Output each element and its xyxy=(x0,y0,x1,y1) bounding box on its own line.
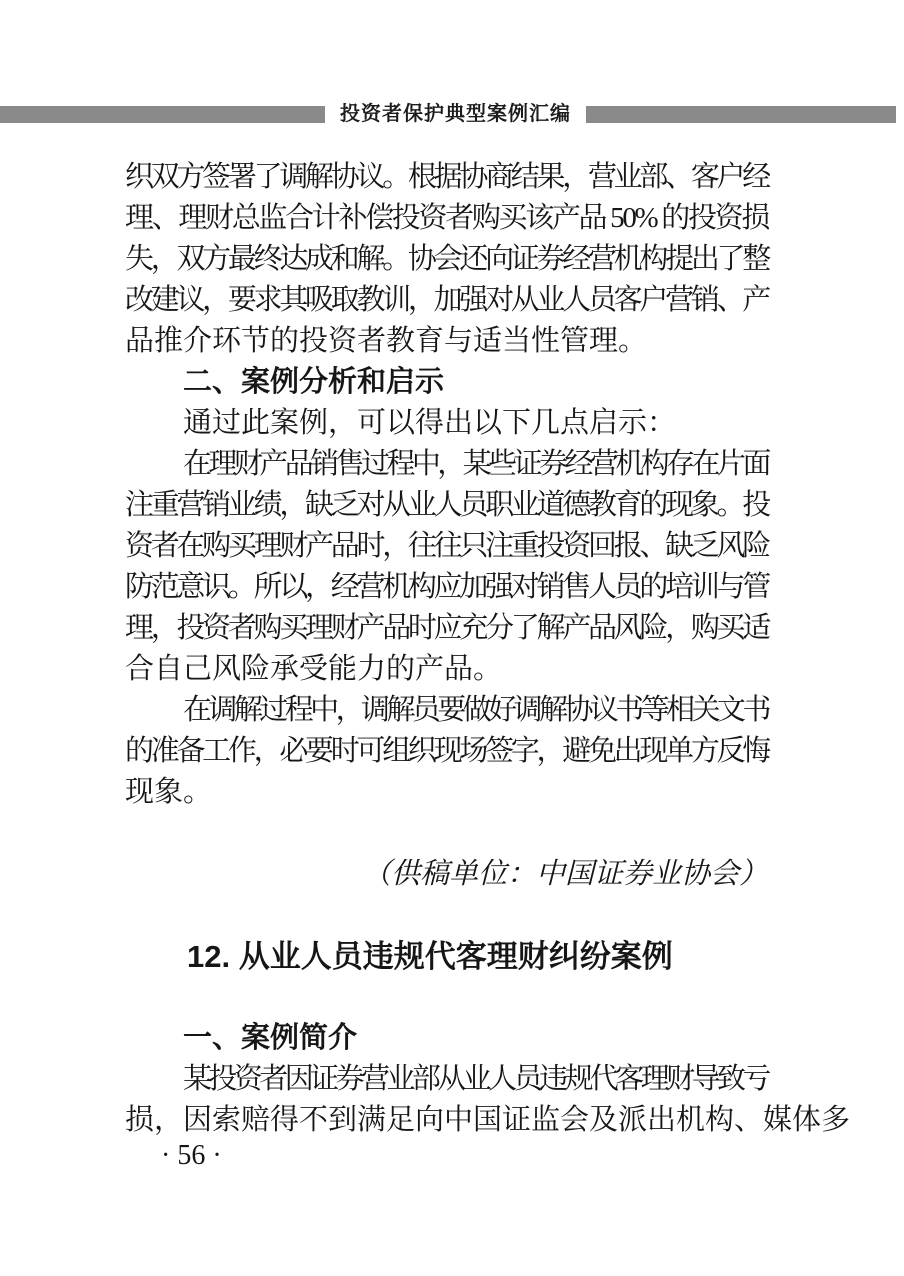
text-line: 防范意识。所以，经营机构应加强对销售人员的培训与管 xyxy=(125,567,768,608)
header-rule-left xyxy=(0,106,325,123)
text-line: 织双方签署了调解协议。根据协商结果，营业部、客户经 xyxy=(125,157,768,198)
section-heading: 一、案例简介 xyxy=(125,1018,768,1059)
paragraph: 在理财产品销售过程中，某些证券经营机构存在片面注重营销业绩，缺乏对从业人员职业道… xyxy=(125,444,768,690)
paragraph: 在调解过程中，调解员要做好调解协议书等相关文书的准备工作，必要时可组织现场签字，… xyxy=(125,690,768,813)
header-rule-right xyxy=(586,106,896,123)
text-line: 理、理财总监合计补偿投资者购买该产品 50% 的投资损 xyxy=(125,198,768,239)
text-line: 现象。 xyxy=(125,772,768,813)
text-line: 某投资者因证券营业部从业人员违规代客理财导致亏 xyxy=(125,1059,768,1100)
page-body: 织双方签署了调解协议。根据协商结果，营业部、客户经理、理财总监合计补偿投资者购买… xyxy=(125,157,768,1141)
page-number: · 56 · xyxy=(161,1139,222,1173)
header-title: 投资者保护典型案例汇编 xyxy=(325,102,586,126)
text-line: 的准备工作，必要时可组织现场签字，避免出现单方反悔 xyxy=(125,731,768,772)
text-line: 损，因索赔得不到满足向中国证监会及派出机构、媒体多 xyxy=(125,1100,768,1141)
paragraph: 某投资者因证券营业部从业人员违规代客理财导致亏损，因索赔得不到满足向中国证监会及… xyxy=(125,1059,768,1141)
text-line: 在理财产品销售过程中，某些证券经营机构存在片面 xyxy=(125,444,768,485)
chapter-heading: 12. 从业人员违规代客理财纠纷案例 xyxy=(125,936,768,977)
text-line: 品推介环节的投资者教育与适当性管理。 xyxy=(125,321,768,362)
text-line: 理，投资者购买理财产品时应充分了解产品风险，购买适 xyxy=(125,608,768,649)
text-line: 在调解过程中，调解员要做好调解协议书等相关文书 xyxy=(125,690,768,731)
section-heading: 二、案例分析和启示 xyxy=(125,362,768,403)
paragraph: 织双方签署了调解协议。根据协商结果，营业部、客户经理、理财总监合计补偿投资者购买… xyxy=(125,157,768,362)
paragraph: 通过此案例，可以得出以下几点启示： xyxy=(125,403,768,444)
text-line: 注重营销业绩，缺乏对从业人员职业道德教育的现象。投 xyxy=(125,485,768,526)
text-line: 改建议，要求其吸取教训，加强对从业人员客户营销、产 xyxy=(125,280,768,321)
text-line: 通过此案例，可以得出以下几点启示： xyxy=(125,403,768,444)
text-line: 资者在购买理财产品时，往往只注重投资回报、缺乏风险 xyxy=(125,526,768,567)
text-line: 失，双方最终达成和解。协会还向证券经营机构提出了整 xyxy=(125,239,768,280)
text-line: 合自己风险承受能力的产品。 xyxy=(125,649,768,690)
book-page: 投资者保护典型案例汇编 织双方签署了调解协议。根据协商结果，营业部、客户经理、理… xyxy=(0,0,904,1276)
attribution: （供稿单位：中国证券业协会） xyxy=(125,854,768,895)
